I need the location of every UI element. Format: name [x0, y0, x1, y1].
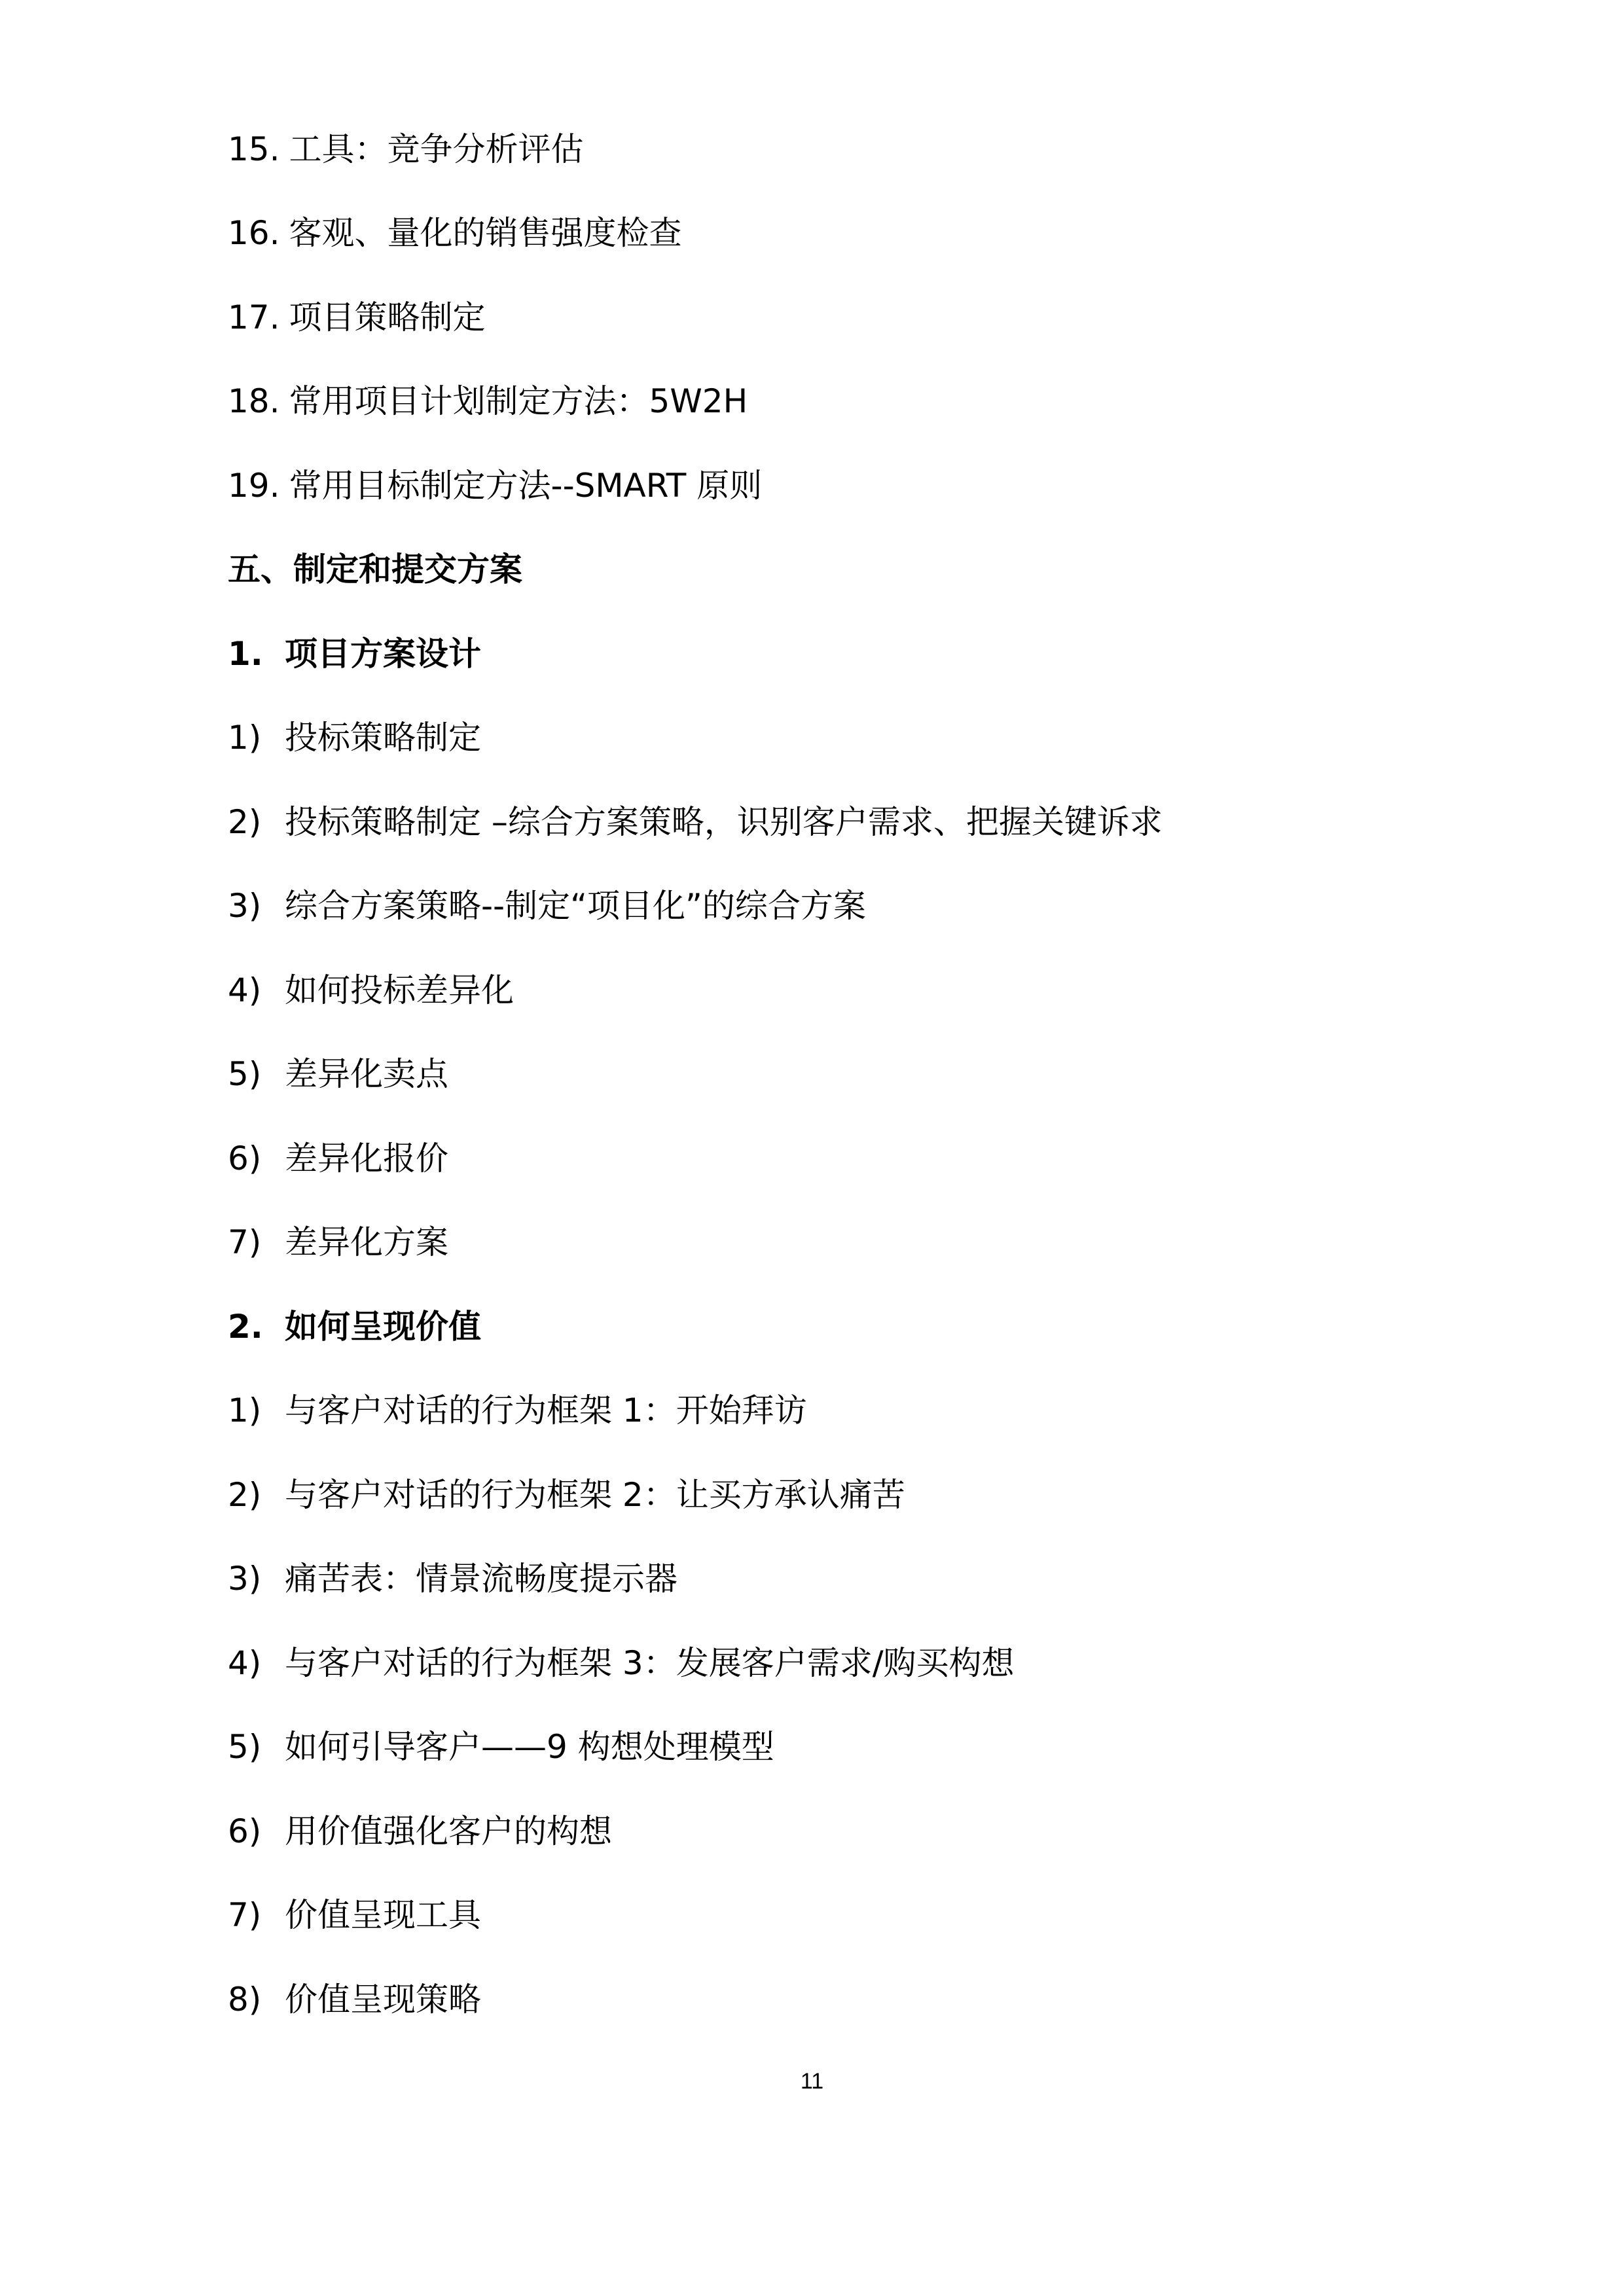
- list-item-number: 6): [228, 1132, 285, 1185]
- list-item: 7) 差异化方案: [228, 1216, 448, 1268]
- list-item-text: 投标策略制定 –综合方案策略，识别客户需求、把握关键诉求: [285, 796, 1163, 848]
- list-item-number: 3): [228, 1552, 285, 1605]
- list-item-number: 7): [228, 1889, 285, 1941]
- list-item-number: 2): [228, 796, 285, 848]
- list-item-text: 常用项目计划制定方法：5W2H: [289, 375, 748, 427]
- list-item-number: 18.: [228, 375, 280, 427]
- list-item-number: 5): [228, 1721, 285, 1773]
- subsection-heading: 1. 项目方案设计: [228, 628, 481, 680]
- list-item-number: 19.: [228, 459, 280, 512]
- list-item: 1) 与客户对话的行为框架 1：开始拜访: [228, 1384, 807, 1437]
- list-item-text: 价值呈现工具: [285, 1889, 481, 1941]
- list-item-number: 8): [228, 1973, 285, 2026]
- list-item-number: 3): [228, 880, 285, 932]
- list-item: 8) 价值呈现策略: [228, 1973, 481, 2026]
- list-item: 19. 常用目标制定方法--SMART 原则: [228, 459, 762, 512]
- list-item-text: 与客户对话的行为框架 2：让买方承认痛苦: [285, 1469, 905, 1521]
- section-heading-text: 五、制定和提交方案: [228, 543, 522, 596]
- page-number: 11: [0, 2067, 1624, 2096]
- list-item-text: 如何引导客户——9 构想处理模型: [285, 1721, 774, 1773]
- subsection-title: 项目方案设计: [285, 628, 481, 680]
- list-item: 6) 差异化报价: [228, 1132, 448, 1185]
- list-item: 2) 与客户对话的行为框架 2：让买方承认痛苦: [228, 1469, 905, 1521]
- list-item: 7) 价值呈现工具: [228, 1889, 481, 1941]
- list-item: 3) 痛苦表：情景流畅度提示器: [228, 1552, 677, 1605]
- list-item-text: 痛苦表：情景流畅度提示器: [285, 1552, 677, 1605]
- list-item-number: 16.: [228, 207, 280, 259]
- list-item-text: 客观、量化的销售强度检查: [289, 207, 682, 259]
- list-item-text: 投标策略制定: [285, 711, 481, 764]
- list-item: 16. 客观、量化的销售强度检查: [228, 207, 682, 259]
- subsection-title: 如何呈现价值: [285, 1300, 481, 1353]
- list-item-number: 5): [228, 1048, 285, 1100]
- list-item-number: 1): [228, 1384, 285, 1437]
- list-item-text: 综合方案策略--制定“项目化”的综合方案: [285, 880, 866, 932]
- list-item: 15. 工具：竞争分析评估: [228, 123, 584, 175]
- list-item: 4) 与客户对话的行为框架 3：发展客户需求/购买构想: [228, 1637, 1015, 1689]
- list-item: 1) 投标策略制定: [228, 711, 481, 764]
- list-item-text: 用价值强化客户的构想: [285, 1805, 612, 1857]
- list-item-text: 价值呈现策略: [285, 1973, 481, 2026]
- list-item: 3) 综合方案策略--制定“项目化”的综合方案: [228, 880, 866, 932]
- subsection-heading: 2. 如何呈现价值: [228, 1300, 481, 1353]
- list-item: 6) 用价值强化客户的构想: [228, 1805, 612, 1857]
- list-item: 5) 差异化卖点: [228, 1048, 448, 1100]
- document-page: 15. 工具：竞争分析评估 16. 客观、量化的销售强度检查 17. 项目策略制…: [0, 0, 1624, 2296]
- list-item-number: 4): [228, 1637, 285, 1689]
- list-item: 17. 项目策略制定: [228, 291, 486, 344]
- list-item: 18. 常用项目计划制定方法：5W2H: [228, 375, 748, 427]
- subsection-number: 2.: [228, 1300, 285, 1353]
- list-item: 4) 如何投标差异化: [228, 964, 514, 1016]
- list-item-text: 差异化卖点: [285, 1048, 448, 1100]
- list-item: 2) 投标策略制定 –综合方案策略，识别客户需求、把握关键诉求: [228, 796, 1163, 848]
- list-item-text: 工具：竞争分析评估: [289, 123, 584, 175]
- list-item-text: 与客户对话的行为框架 3：发展客户需求/购买构想: [285, 1637, 1015, 1689]
- list-item-text: 常用目标制定方法--SMART 原则: [289, 459, 763, 512]
- list-item-text: 差异化报价: [285, 1132, 448, 1185]
- list-item-text: 如何投标差异化: [285, 964, 514, 1016]
- list-item-number: 15.: [228, 123, 280, 175]
- list-item-text: 与客户对话的行为框架 1：开始拜访: [285, 1384, 807, 1437]
- list-item-number: 6): [228, 1805, 285, 1857]
- list-item-number: 1): [228, 711, 285, 764]
- list-item-text: 差异化方案: [285, 1216, 448, 1268]
- list-item-number: 4): [228, 964, 285, 1016]
- list-item-text: 项目策略制定: [289, 291, 486, 344]
- list-item: 5) 如何引导客户——9 构想处理模型: [228, 1721, 774, 1773]
- section-heading: 五、制定和提交方案: [228, 543, 522, 596]
- list-item-number: 7): [228, 1216, 285, 1268]
- subsection-number: 1.: [228, 628, 285, 680]
- list-item-number: 17.: [228, 291, 280, 344]
- list-item-number: 2): [228, 1469, 285, 1521]
